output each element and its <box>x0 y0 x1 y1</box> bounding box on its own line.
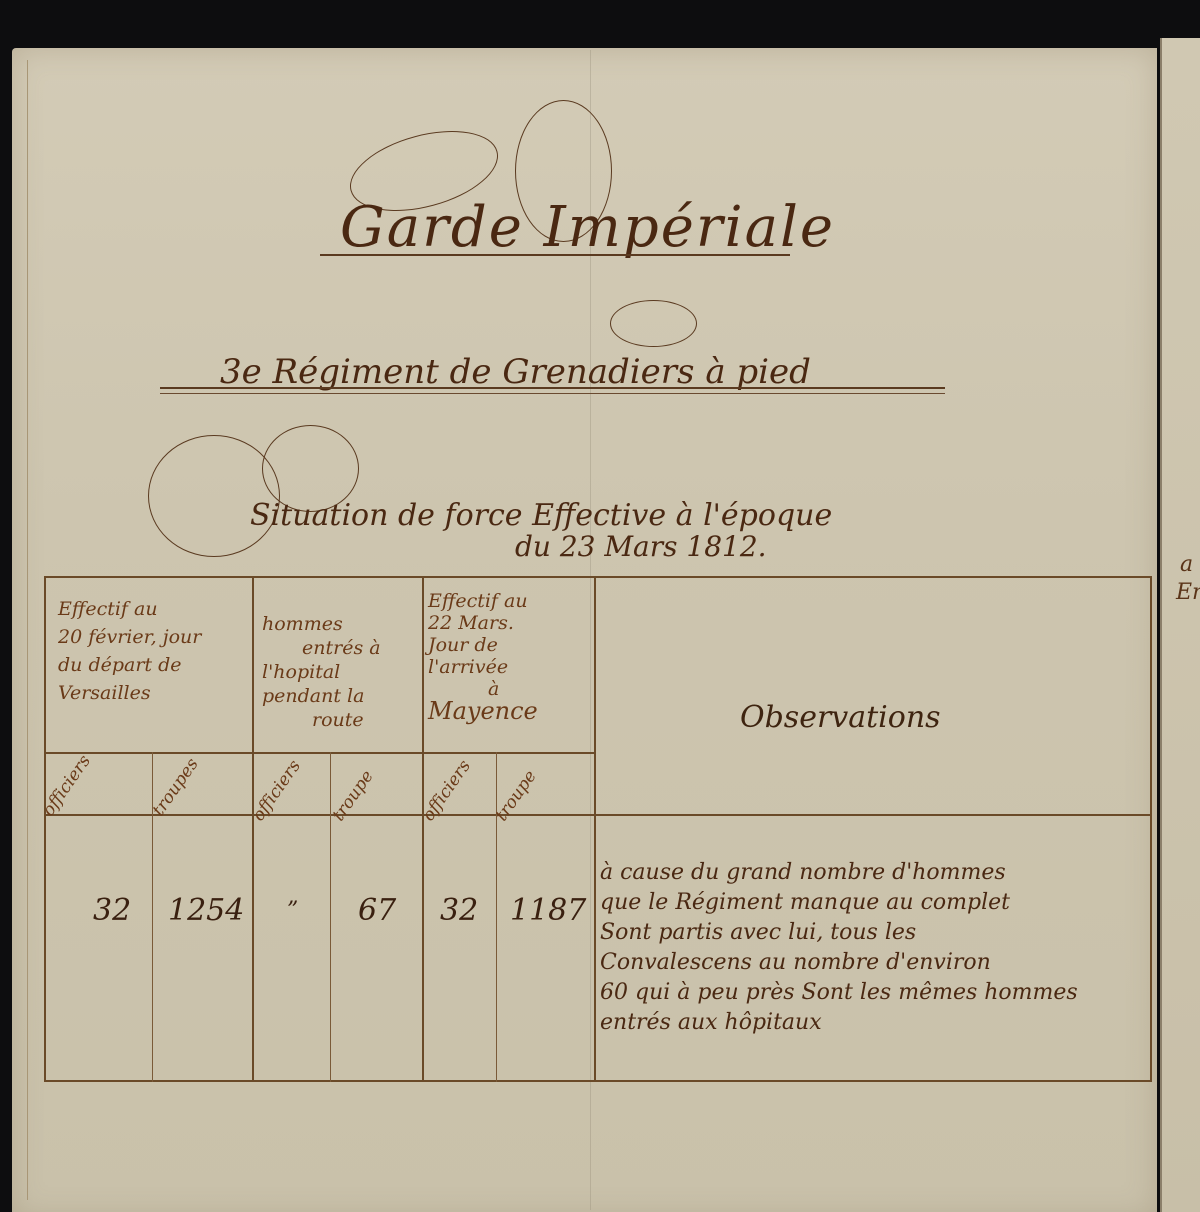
col-line <box>44 576 46 1082</box>
adjacent-page-edge <box>1160 38 1200 1212</box>
date-heading: du 23 Mars 1812. <box>515 530 767 563</box>
document-title: Garde Impériale <box>340 195 835 260</box>
value-troupe-mars: 1187 <box>510 893 586 928</box>
subheader-divider <box>44 814 1152 816</box>
flourish-s <box>148 435 280 557</box>
col-line <box>422 576 424 1082</box>
col-line <box>1150 576 1152 1082</box>
col-line <box>252 576 254 1082</box>
strength-table <box>44 576 1152 1082</box>
observation-line: que le Régiment manque au complet <box>600 890 1010 915</box>
observation-line: Convalescens au nombre d'environ <box>600 950 991 975</box>
header-divider <box>44 752 596 754</box>
observation-line: à cause du grand nombre d'hommes <box>600 860 1006 885</box>
table-top-rule <box>44 576 1152 578</box>
regiment-heading: 3e Régiment de Grenadiers à pied <box>220 352 811 392</box>
table-bottom-rule <box>44 1080 1152 1082</box>
value-officiers-fevrier: 32 <box>93 893 131 928</box>
value-officiers-mars: 32 <box>440 893 478 928</box>
regiment-underline-2 <box>160 393 945 394</box>
situation-heading: Situation de force Effective à l'époque <box>250 498 832 533</box>
header-effectif-mars: Effectif au 22 Mars. Jour de l'arrivée à… <box>428 590 538 722</box>
col-line <box>594 576 596 1082</box>
col-line <box>330 752 331 1082</box>
right-page-fragment: Er <box>1176 580 1200 605</box>
title-underline <box>320 254 790 256</box>
observation-line: entrés aux hôpitaux <box>600 1010 822 1035</box>
value-officiers-hopital: ” <box>287 898 298 923</box>
header-effectif-fevrier: Effectif au 20 février, jour du départ d… <box>58 595 201 707</box>
header-observations: Observations <box>740 700 941 735</box>
margin-rule <box>27 60 28 1200</box>
right-page-fragment: a <box>1180 552 1193 577</box>
header-hommes-hopital: hommes entrés à l'hopital pendant la rou… <box>262 612 381 732</box>
value-troupe-hopital: 67 <box>358 893 396 928</box>
observation-line: 60 qui à peu près Sont les mêmes hommes <box>600 980 1078 1005</box>
flourish-regiment <box>610 300 697 347</box>
col-line <box>496 752 497 1082</box>
observation-line: Sont partis avec lui, tous les <box>600 920 916 945</box>
regiment-underline <box>160 387 945 389</box>
value-troupes-fevrier: 1254 <box>168 893 244 928</box>
